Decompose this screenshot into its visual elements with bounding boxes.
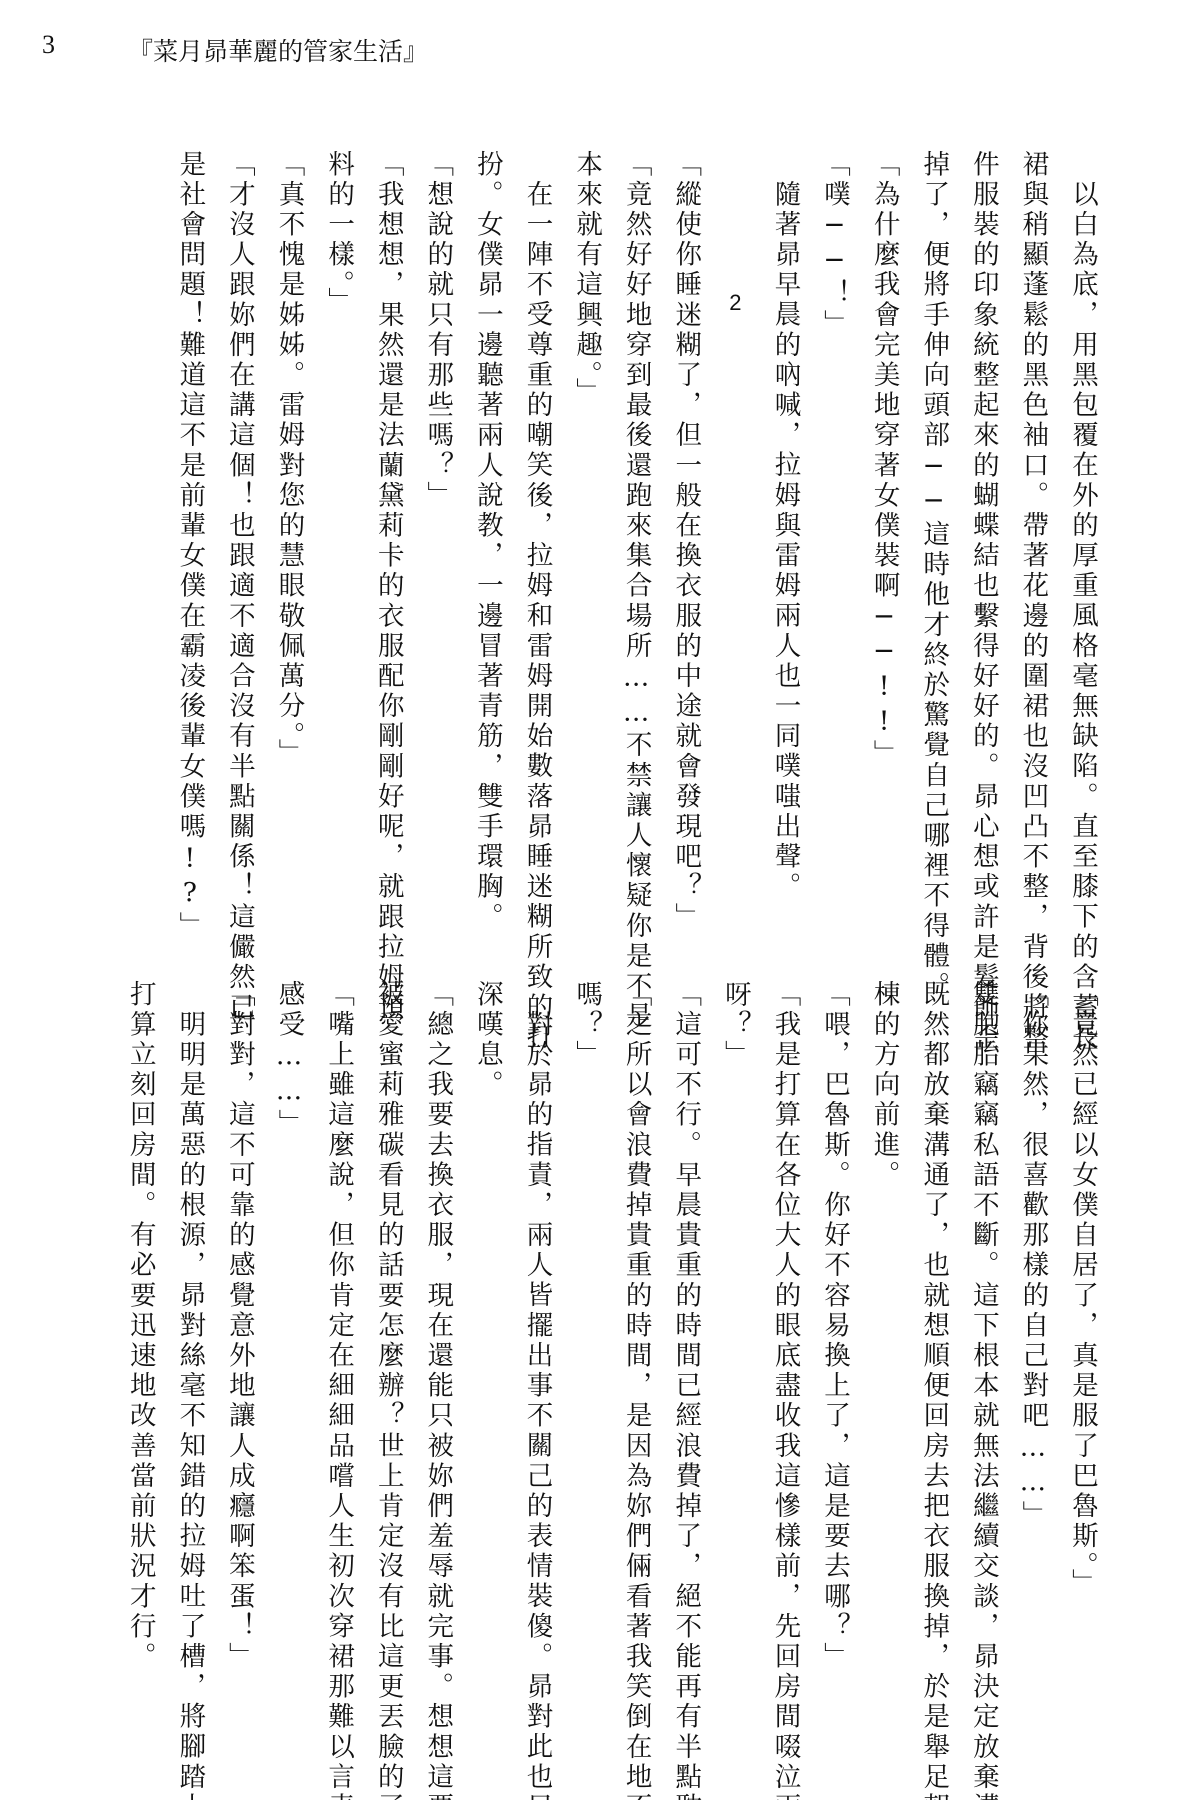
top-text-block: 以白為底，用黑包覆在外的厚重風格毫無缺陷。直至膝下的含蓄長裙與稍顯蓬鬆的黑色袖口… [165, 150, 1107, 870]
text-column: 是社會問題！難道這不是前輩女僕在霸凌後輩女僕嗎!?」 [165, 150, 215, 870]
text-column: 既然都放棄溝通了，也就想順便回房去把衣服換掉，於是舉足朝東 [909, 980, 959, 1740]
text-column: 呀？」 [710, 980, 760, 1740]
text-column: 「竟然好好地穿到最後還跑來集合場所……不禁讓人懷疑你是不是 [611, 150, 661, 870]
text-column: 感受……」 [264, 980, 314, 1740]
text-column: 「喂，巴魯斯。你好不容易換上了，這是要去哪？」 [809, 980, 859, 1740]
text-column: 「嘴上雖這麼說，但你肯定在細細品嚐人生初次穿裙那難以言表的 [314, 980, 364, 1740]
text-column: 「我想想，果然還是法蘭黛莉卡的衣服配你剛剛好呢，就跟拉姆預 [363, 150, 413, 870]
text-column: 「總之我要去換衣服，現在還能只被妳們羞辱就完事。想想這要是 [413, 980, 463, 1740]
text-column: 扮。女僕昴一邊聽著兩人說教，一邊冒著青筋，雙手環胸。 [462, 150, 512, 870]
text-column: 本來就有這興趣。」 [561, 150, 611, 870]
text-column: 對於昴的指責，兩人皆擺出事不關己的表情裝傻。昴對此也只能深 [512, 980, 562, 1740]
text-column: 「噗──！」 [809, 150, 859, 870]
text-column: 裙與稍顯蓬鬆的黑色袖口。帶著花邊的圍裙也沒凹凸不整，背後將整 [1008, 150, 1058, 870]
section-number: 2 [710, 150, 760, 870]
text-column: 「為什麼我會完美地穿著女僕裝啊──!!」 [859, 150, 909, 870]
page-header: 3 『菜月昴華麗的管家生活』 [0, 30, 1187, 70]
text-column: 嗎？」 [561, 980, 611, 1740]
text-column: 以白為底，用黑包覆在外的厚重風格毫無缺陷。直至膝下的含蓄長 [1057, 150, 1107, 870]
book-title: 『菜月昴華麗的管家生活』 [128, 32, 428, 68]
text-column: 「之所以會浪費掉貴重的時間，是因為妳們倆看著我笑倒在地不是 [611, 980, 661, 1740]
text-column: 棟的方向前進。 [859, 980, 909, 1740]
text-column: 掉了，便將手伸向頭部──這時他才終於驚覺自己哪裡不得體。 [909, 150, 959, 870]
text-column: 隨著昴早晨的吶喊，拉姆與雷姆兩人也一同噗嗤出聲。 [760, 150, 810, 870]
text-column: 深嘆息。 [462, 980, 512, 1740]
text-column: 件服裝的印象統整起來的蝴蝶結也繫得好好的。昴心想或許是髮飾歪 [958, 150, 1008, 870]
text-column: 明明是萬惡的根源，昴對絲毫不知錯的拉姆吐了槽，將腳踏上樓梯 [165, 980, 215, 1740]
text-column: 「對對，這不可靠的感覺意外地讓人成癮啊笨蛋！」 [214, 980, 264, 1740]
text-column: 「竟然已經以女僕自居了，真是服了巴魯斯。」 [1057, 980, 1107, 1740]
text-column: 雙胞胎竊竊私語不斷。這下根本就無法繼續交談，昴決定放棄溝通。 [958, 980, 1008, 1740]
text-column: 「我是打算在各位大人的眼底盡收我這慘樣前，先回房間啜泣兩聲 [760, 980, 810, 1740]
text-column: 在一陣不受尊重的嘲笑後，拉姆和雷姆開始數落昴睡迷糊所致的打 [512, 150, 562, 870]
text-column: 「想說的就只有那些嗎？」 [413, 150, 463, 870]
text-column: 打算立刻回房間。有必要迅速地改善當前狀況才行。 [115, 980, 165, 1740]
text-column: 「這可不行。早晨貴重的時間已經浪費掉了，絕不能再有半點耽誤。」 [661, 980, 711, 1740]
text-column: 「才沒人跟妳們在講這個！也跟適不適合沒有半點關係！這儼然已 [214, 150, 264, 870]
text-column: 被愛蜜莉雅碳看見的話要怎麼辦？世上肯定沒有比這更丟臉的了。」 [363, 980, 413, 1740]
text-column: 料的一樣。」 [314, 150, 364, 870]
page-number: 3 [42, 30, 55, 60]
text-column: 「你果然，很喜歡那樣的自己對吧……」 [1008, 980, 1058, 1740]
bottom-text-block: 「竟然已經以女僕自居了，真是服了巴魯斯。」「你果然，很喜歡那樣的自己對吧……」雙… [115, 980, 1107, 1740]
text-column: 「縱使你睡迷糊了，但一般在換衣服的中途就會發現吧？」 [661, 150, 711, 870]
text-column: 「真不愧是姊姊。雷姆對您的慧眼敬佩萬分。」 [264, 150, 314, 870]
